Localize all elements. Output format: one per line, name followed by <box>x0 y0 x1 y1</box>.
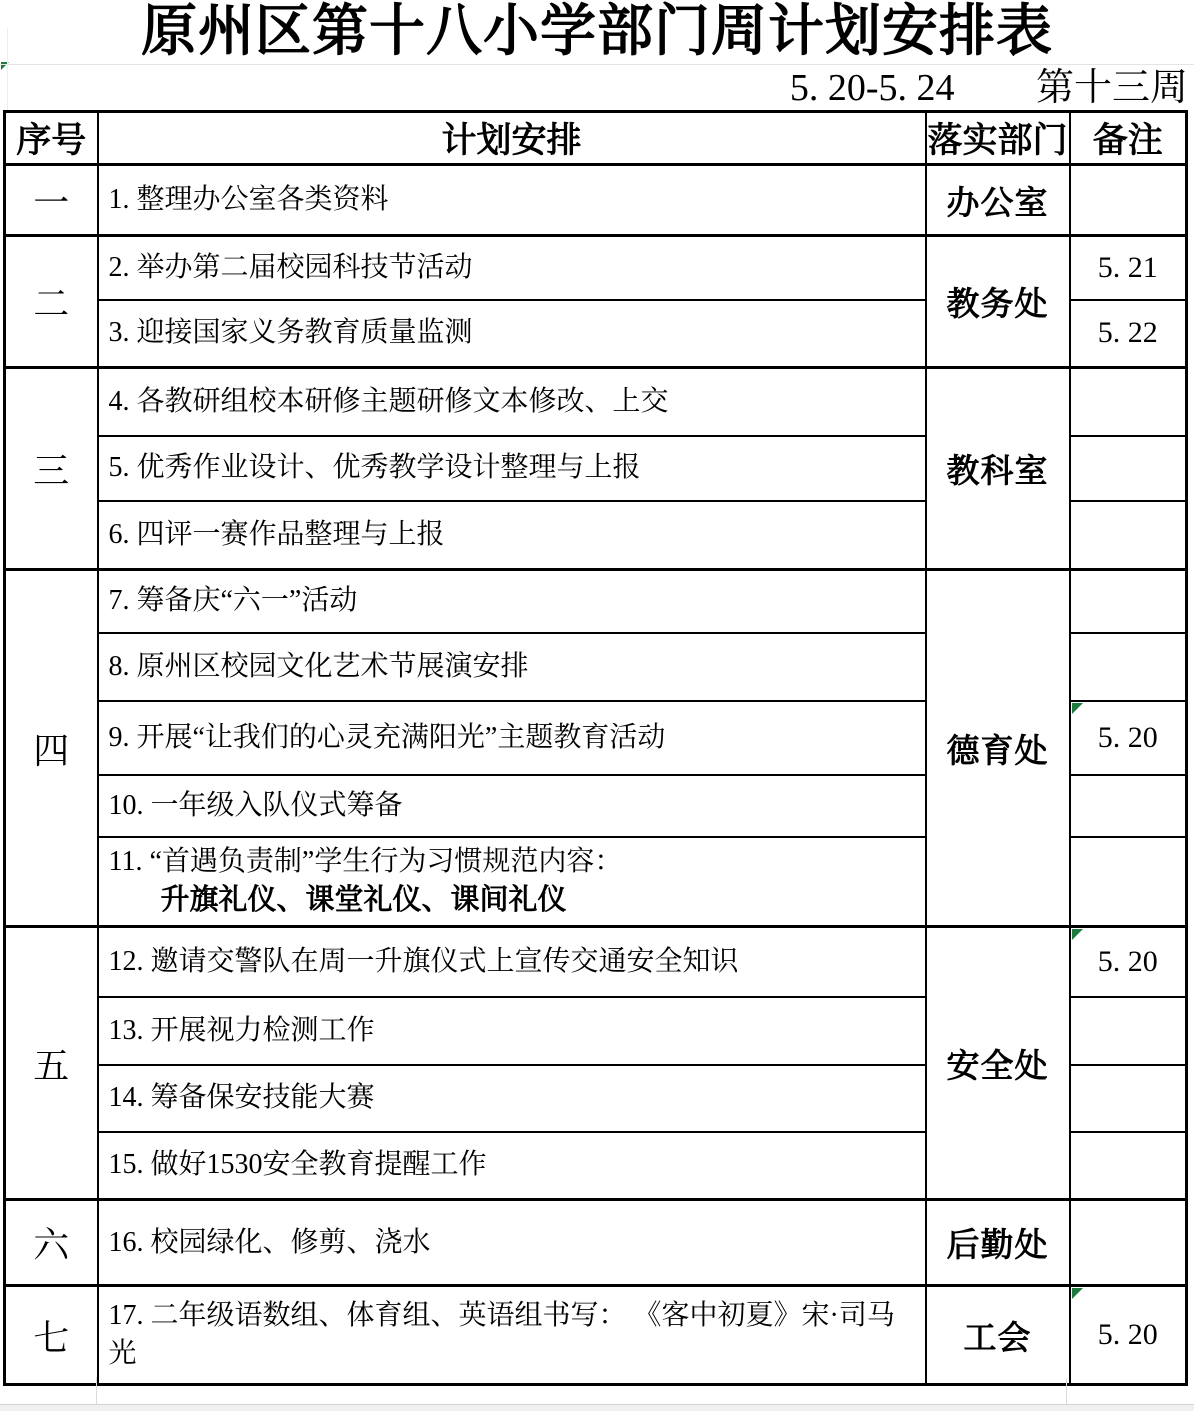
remark-cell <box>1070 997 1187 1065</box>
index-cell: 三 <box>5 368 98 570</box>
plan-cell: 15. 做好1530安全教育提醒工作 <box>98 1132 926 1200</box>
plan-cell: 7. 筹备庆“六一”活动 <box>98 570 926 633</box>
plan-cell: 6. 四评一赛作品整理与上报 <box>98 501 926 570</box>
index-cell: 七 <box>5 1286 98 1385</box>
comment-marker-icon <box>1072 1288 1083 1299</box>
header-row: 序号 计划安排 落实部门 备注 <box>5 112 1187 165</box>
department-cell: 德育处 <box>926 570 1070 927</box>
plan-cell: 8. 原州区校园文化艺术节展演安排 <box>98 633 926 701</box>
col-header-remark: 备注 <box>1070 112 1187 165</box>
remark-cell: 5. 20 <box>1070 927 1187 997</box>
remark-cell <box>1070 368 1187 436</box>
subtitle: 5. 20-5. 24 第十三周 <box>790 66 1188 110</box>
department-cell: 办公室 <box>926 165 1070 236</box>
table-row: 七17. 二年级语数组、体育组、英语组书写： 《客中初夏》宋·司马光工会5. 2… <box>5 1286 1187 1385</box>
remark-cell <box>1070 775 1187 837</box>
plan-cell: 1. 整理办公室各类资料 <box>98 165 926 236</box>
plan-cell: 11. “首遇负责制”学生行为习惯规范内容：升旗礼仪、课堂礼仪、课间礼仪 <box>98 837 926 927</box>
table-row: 三4. 各教研组校本研修主题研修文本修改、上交教科室 <box>5 368 1187 436</box>
plan-cell: 9. 开展“让我们的心灵充满阳光”主题教育活动 <box>98 701 926 775</box>
index-cell: 四 <box>5 570 98 927</box>
plan-text-line2: 升旗礼仪、课堂礼仪、课间礼仪 <box>109 881 917 920</box>
department-cell: 教务处 <box>926 236 1070 368</box>
plan-cell: 13. 开展视力检测工作 <box>98 997 926 1065</box>
index-cell: 五 <box>5 927 98 1200</box>
plan-cell: 3. 迎接国家义务教育质量监测 <box>98 300 926 368</box>
remark-cell <box>1070 165 1187 236</box>
plan-cell: 5. 优秀作业设计、优秀教学设计整理与上报 <box>98 436 926 501</box>
plan-cell: 14. 筹备保安技能大赛 <box>98 1065 926 1132</box>
plan-cell: 10. 一年级入队仪式筹备 <box>98 775 926 837</box>
table-row: 六16. 校园绿化、修剪、浇水后勤处 <box>5 1200 1187 1286</box>
remark-cell <box>1070 633 1187 701</box>
plan-cell: 12. 邀请交警队在周一升旗仪式上宣传交通安全知识 <box>98 927 926 997</box>
table-row: 一1. 整理办公室各类资料办公室 <box>5 165 1187 236</box>
remark-cell: 5. 20 <box>1070 1286 1187 1385</box>
table-row: 五12. 邀请交警队在周一升旗仪式上宣传交通安全知识安全处5. 20 <box>5 927 1187 997</box>
plan-table-body: 一1. 整理办公室各类资料办公室二2. 举办第二届校园科技节活动教务处5. 21… <box>5 165 1187 1385</box>
bottom-strip <box>0 1405 1194 1411</box>
remark-cell <box>1070 436 1187 501</box>
department-cell: 教科室 <box>926 368 1070 570</box>
remark-cell: 5. 20 <box>1070 701 1187 775</box>
department-cell: 安全处 <box>926 927 1070 1200</box>
col-header-department: 落实部门 <box>926 112 1070 165</box>
index-cell: 六 <box>5 1200 98 1286</box>
index-cell: 一 <box>5 165 98 236</box>
plan-table: 序号 计划安排 落实部门 备注 一1. 整理办公室各类资料办公室二2. 举办第二… <box>3 110 1188 1386</box>
comment-marker-icon <box>1072 703 1083 714</box>
plan-text-line1: 11. “首遇负责制”学生行为习惯规范内容： <box>109 843 917 881</box>
table-row: 二2. 举办第二届校园科技节活动教务处5. 21 <box>5 236 1187 300</box>
gridline <box>0 64 1194 65</box>
weekly-plan-sheet: 原州区第十八小学部门周计划安排表 5. 20-5. 24 第十三周 序号 计划安… <box>0 0 1194 1411</box>
index-cell: 二 <box>5 236 98 368</box>
remark-cell <box>1070 1200 1187 1286</box>
week-label: 第十三周 <box>1036 67 1188 109</box>
plan-cell: 2. 举办第二届校园科技节活动 <box>98 236 926 300</box>
remark-cell: 5. 21 <box>1070 236 1187 300</box>
comment-marker-icon <box>1072 929 1083 940</box>
col-header-index: 序号 <box>5 112 98 165</box>
remark-cell: 5. 22 <box>1070 300 1187 368</box>
gridline <box>96 1377 97 1404</box>
plan-cell: 4. 各教研组校本研修主题研修文本修改、上交 <box>98 368 926 436</box>
col-header-plan: 计划安排 <box>98 112 926 165</box>
remark-cell <box>1070 1065 1187 1132</box>
plan-cell: 17. 二年级语数组、体育组、英语组书写： 《客中初夏》宋·司马光 <box>98 1286 926 1385</box>
gridline <box>1066 1379 1067 1404</box>
remark-cell <box>1070 1132 1187 1200</box>
date-range-label: 5. 20-5. 24 <box>790 67 955 109</box>
remark-cell <box>1070 501 1187 570</box>
department-cell: 后勤处 <box>926 1200 1070 1286</box>
remark-cell <box>1070 837 1187 927</box>
department-cell: 工会 <box>926 1286 1070 1385</box>
page-title: 原州区第十八小学部门周计划安排表 <box>0 0 1194 64</box>
table-row: 四7. 筹备庆“六一”活动德育处 <box>5 570 1187 633</box>
plan-cell: 16. 校园绿化、修剪、浇水 <box>98 1200 926 1286</box>
remark-cell <box>1070 570 1187 633</box>
